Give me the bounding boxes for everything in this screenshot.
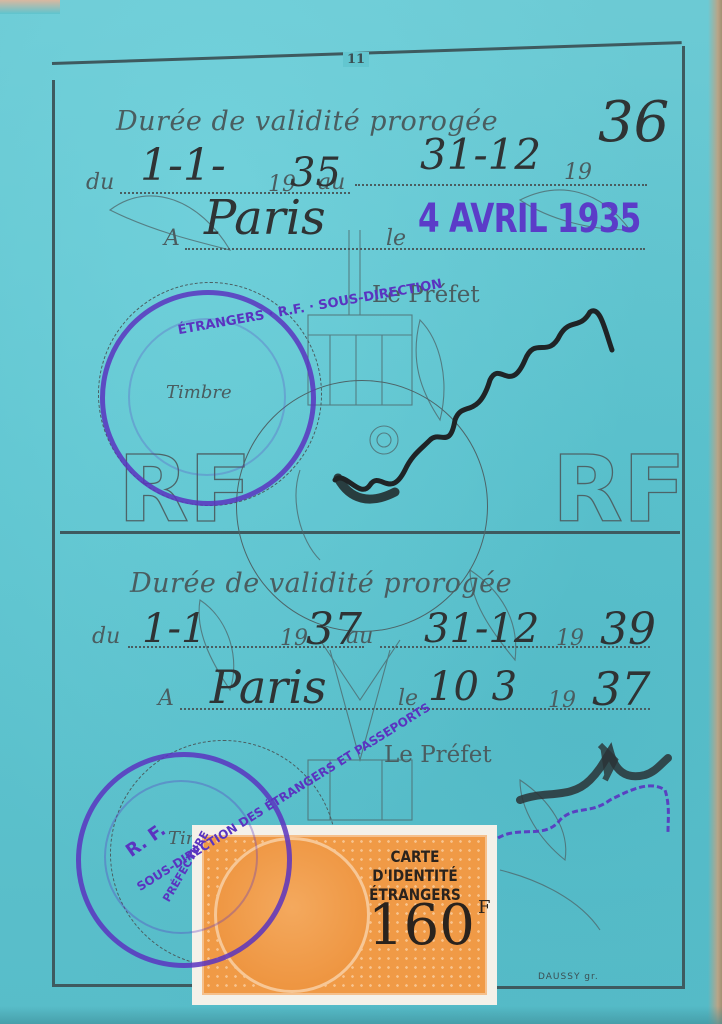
fiscal-stamp-unit: F <box>478 897 491 918</box>
fiscal-stamp-title-line1: CARTE D'IDENTITÉ <box>351 847 479 885</box>
fiscal-stamp-value: 160 <box>368 893 475 958</box>
engraver-imprint: DAUSSY gr. <box>538 972 599 982</box>
